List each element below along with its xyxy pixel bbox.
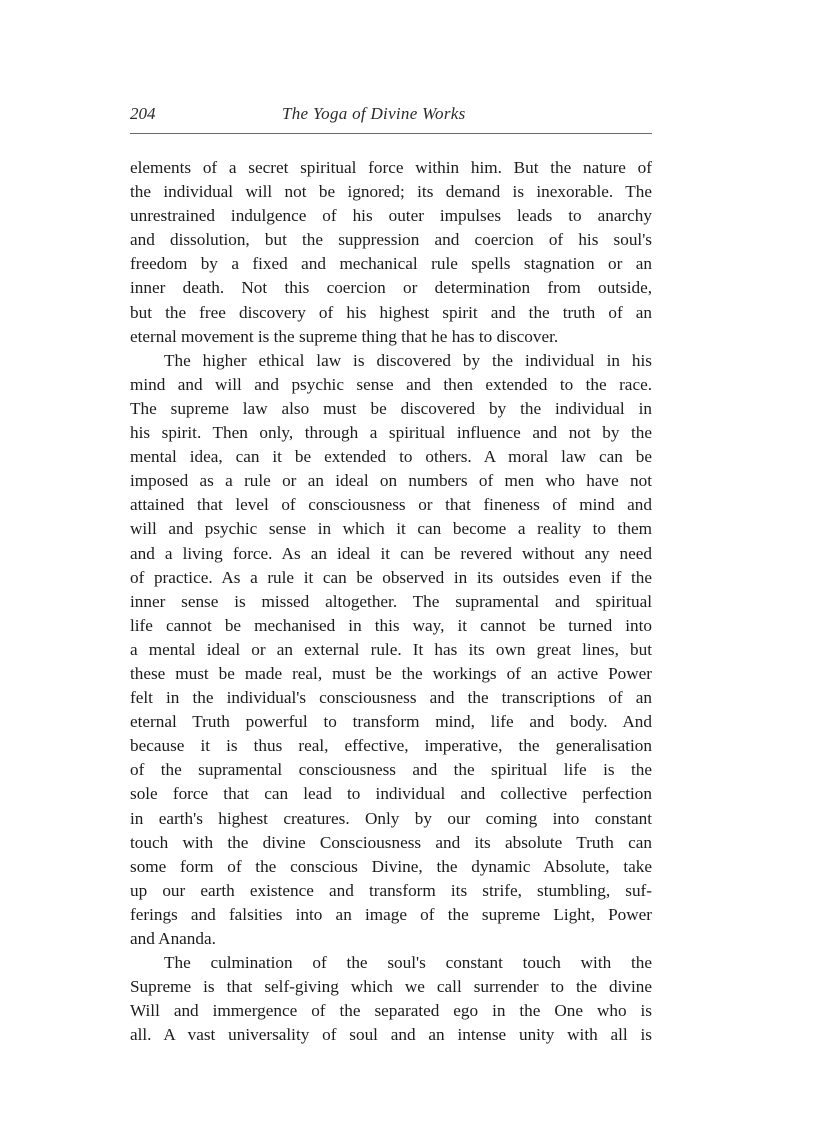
text-line: of the supramental consciousness and the… <box>130 758 652 782</box>
header-rule <box>130 133 652 134</box>
text-line: in earth's highest creatures. Only by ou… <box>130 807 652 831</box>
text-line: life cannot be mechanised in this way, i… <box>130 614 652 638</box>
text-line: eternal movement is the supreme thing th… <box>130 325 652 349</box>
text-line: freedom by a fixed and mechanical rule s… <box>130 252 652 276</box>
text-line: sole force that can lead to individual a… <box>130 782 652 806</box>
text-line: attained that level of consciousness or … <box>130 493 652 517</box>
text-line: and Ananda. <box>130 927 652 951</box>
text-line: eternal Truth powerful to transform mind… <box>130 710 652 734</box>
text-line: imposed as a rule or an ideal on numbers… <box>130 469 652 493</box>
text-line: these must be made real, must be the wor… <box>130 662 652 686</box>
text-line: but the free discovery of his highest sp… <box>130 301 652 325</box>
text-line: all. A vast universality of soul and an … <box>130 1023 652 1047</box>
text-line: The supreme law also must be discovered … <box>130 397 652 421</box>
text-line: will and psychic sense in which it can b… <box>130 517 652 541</box>
text-line: and dissolution, but the suppression and… <box>130 228 652 252</box>
text-line: ferings and falsities into an image of t… <box>130 903 652 927</box>
text-line: his spirit. Then only, through a spiritu… <box>130 421 652 445</box>
text-line: The higher ethical law is discovered by … <box>130 349 652 373</box>
text-line: felt in the individual's consciousness a… <box>130 686 652 710</box>
text-line: mind and will and psychic sense and then… <box>130 373 652 397</box>
page-number: 204 <box>130 104 156 124</box>
text-line: Supreme is that self-giving which we cal… <box>130 975 652 999</box>
paragraph: The higher ethical law is discovered by … <box>130 349 652 951</box>
text-line: mental idea, can it be extended to other… <box>130 445 652 469</box>
text-line: the individual will not be ignored; its … <box>130 180 652 204</box>
text-line: elements of a secret spiritual force wit… <box>130 156 652 180</box>
paragraph: The culmination of the soul's constant t… <box>130 951 652 1047</box>
paragraph: elements of a secret spiritual force wit… <box>130 156 652 349</box>
text-line: inner death. Not this coercion or determ… <box>130 276 652 300</box>
text-line: touch with the divine Consciousness and … <box>130 831 652 855</box>
text-line: because it is thus real, effective, impe… <box>130 734 652 758</box>
text-line: some form of the conscious Divine, the d… <box>130 855 652 879</box>
text-line: inner sense is missed altogether. The su… <box>130 590 652 614</box>
body-text: elements of a secret spiritual force wit… <box>130 156 652 1047</box>
text-line: of practice. As a rule it can be observe… <box>130 566 652 590</box>
text-line: unrestrained indulgence of his outer imp… <box>130 204 652 228</box>
text-line: a mental ideal or an external rule. It h… <box>130 638 652 662</box>
text-line: and a living force. As an ideal it can b… <box>130 542 652 566</box>
running-head: 204 The Yoga of Divine Works <box>130 104 652 126</box>
text-line: up our earth existence and transform its… <box>130 879 652 903</box>
text-line: Will and immergence of the separated ego… <box>130 999 652 1023</box>
book-title: The Yoga of Divine Works <box>282 104 466 124</box>
text-line: The culmination of the soul's constant t… <box>130 951 652 975</box>
